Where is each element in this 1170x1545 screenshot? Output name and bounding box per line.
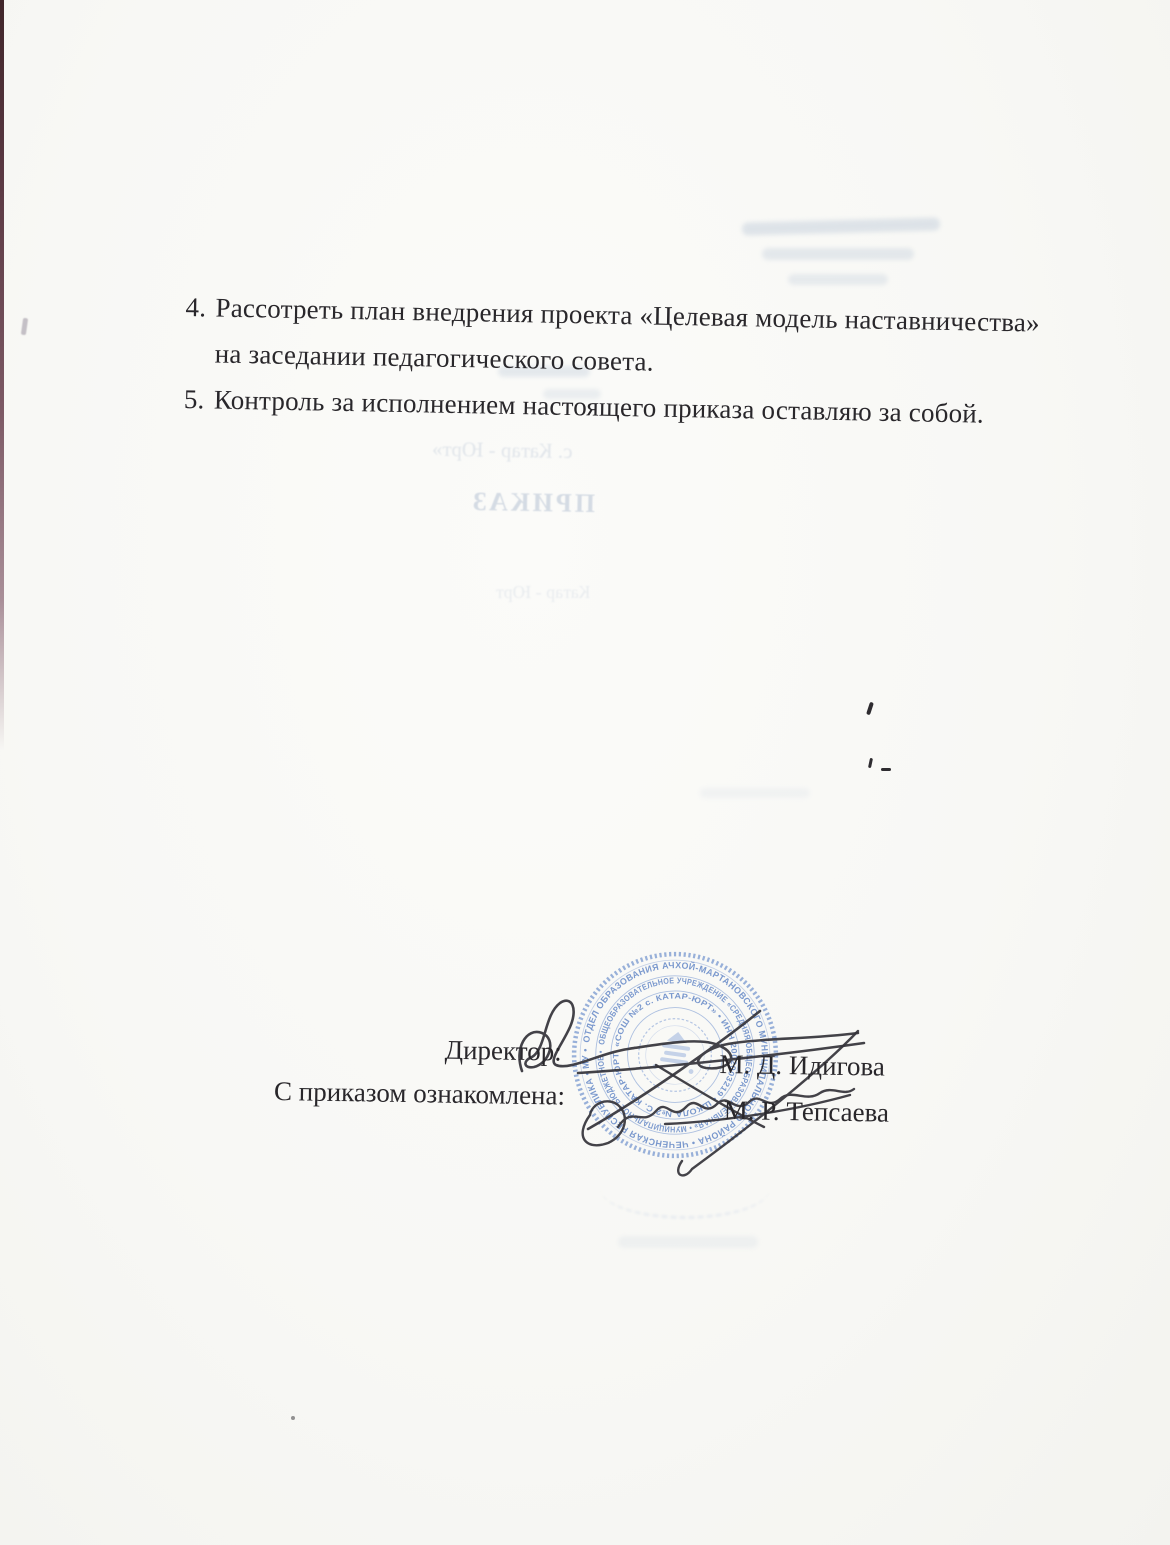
scanned-order-page: с. Катар - Юрт» ПРИКАЗ Катар - Юрт 4. Ра… [0,0,1170,1545]
director-label: Директор: [444,1035,562,1068]
bleedthrough-text: с. Катар - Юрт» [432,437,573,464]
bleedthrough-smudge [700,788,810,798]
bleedthrough-smudge [618,1236,758,1248]
item-number: 5. [183,376,214,423]
signature-block: Директор: М. Д. Идигова С приказом ознак… [273,1030,975,1161]
ink-speck [881,768,891,771]
bleedthrough-prikaz-text: ПРИКАЗ [470,487,596,519]
ink-speck [868,758,873,768]
ink-speck [291,1416,295,1420]
acknowledged-label: С приказом ознакомлена: [274,1076,565,1112]
ink-speck [866,702,874,716]
bleedthrough-smudge [742,217,940,235]
order-text-block: 4. Рассотреть план внедрения проекта «Це… [183,284,1085,438]
acknowledged-name: М. Р. Тепсаева [724,1095,890,1129]
scan-edge-mark [21,318,28,336]
item-number: 4. [184,284,216,377]
director-name: М. Д. Идигова [719,1049,885,1083]
scan-edge-shadow [0,0,4,750]
bleedthrough-smudge [788,274,888,285]
bleedthrough-smudge [762,248,914,260]
bleedthrough-text: Катар - Юрт [496,582,591,603]
order-item-4: 4. Рассотреть план внедрения проекта «Це… [184,284,1086,392]
